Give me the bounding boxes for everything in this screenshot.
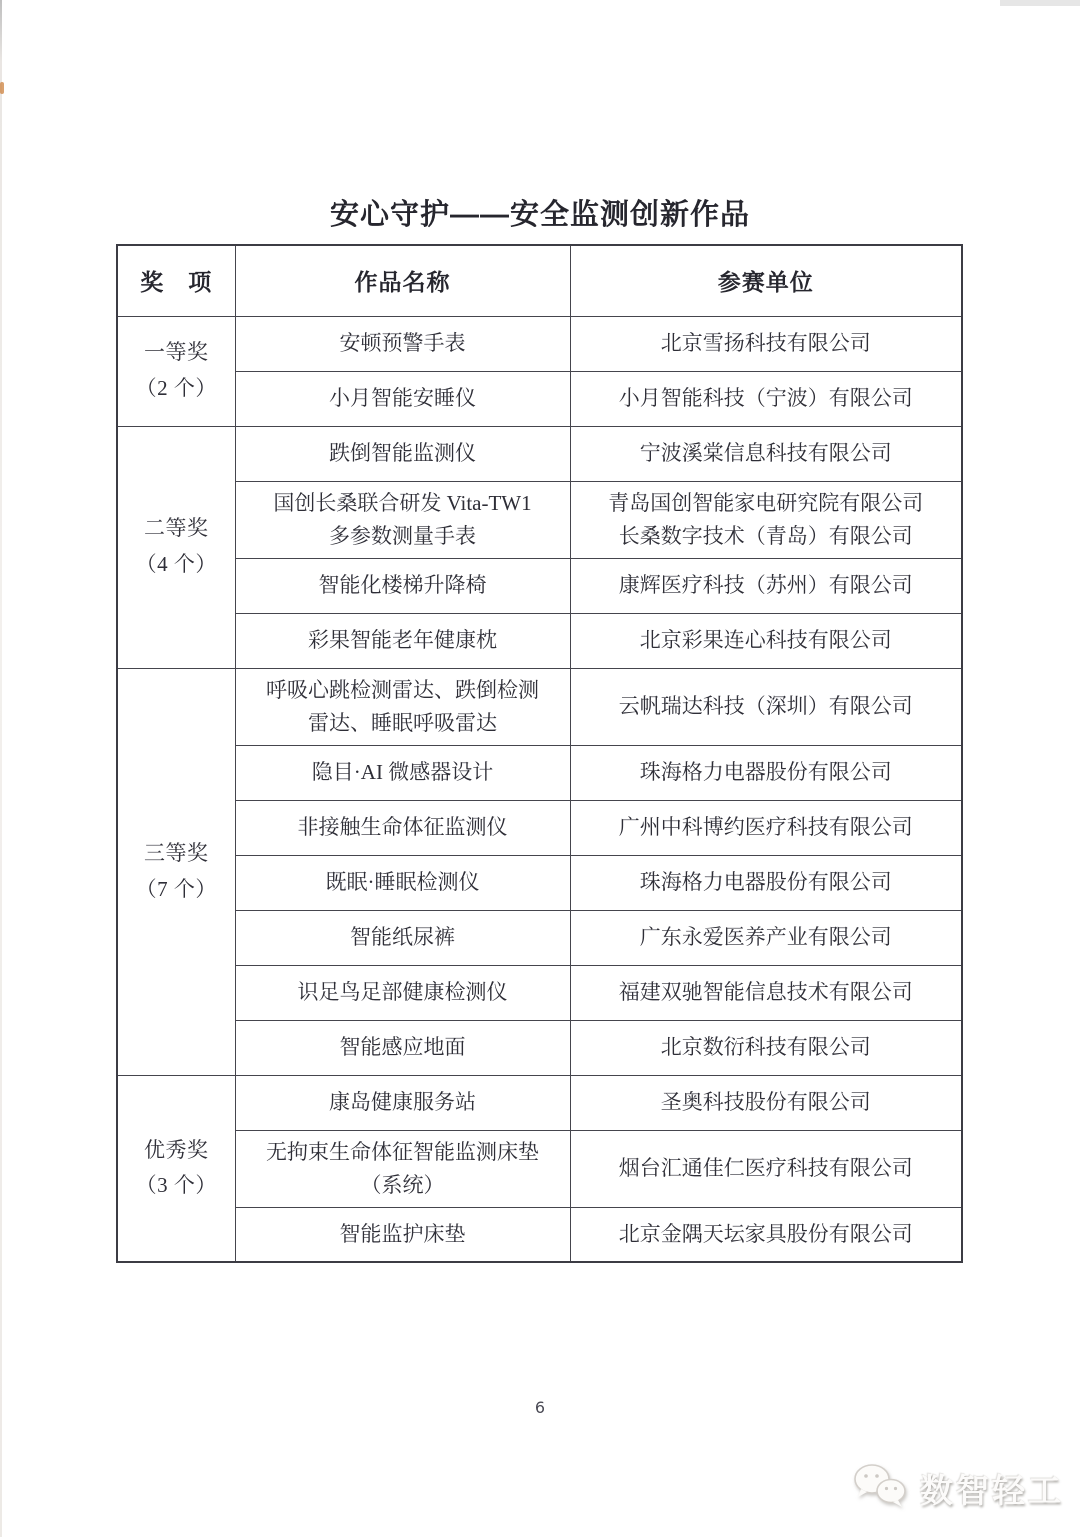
unit-cell: 青岛国创智能家电研究院有限公司 长桑数字技术（青岛）有限公司 bbox=[570, 481, 962, 558]
table-row: 既眠·睡眠检测仪珠海格力电器股份有限公司 bbox=[117, 855, 962, 910]
table-row: 识足鸟足部健康检测仪福建双驰智能信息技术有限公司 bbox=[117, 965, 962, 1020]
wechat-icon bbox=[852, 1462, 910, 1515]
unit-cell: 烟台汇通佳仁医疗科技有限公司 bbox=[570, 1130, 962, 1207]
unit-cell: 宁波溪棠信息科技有限公司 bbox=[570, 426, 962, 481]
work-cell: 智能监护床垫 bbox=[235, 1207, 570, 1262]
page-title: 安心守护——安全监测创新作品 bbox=[0, 192, 1080, 233]
work-cell: 非接触生命体征监测仪 bbox=[235, 800, 570, 855]
table-row: 隐目·AI 微感器设计珠海格力电器股份有限公司 bbox=[117, 745, 962, 800]
award-table-body: 一等奖 （2 个）安顿预警手表北京雪扬科技有限公司小月智能安睡仪小月智能科技（宁… bbox=[117, 316, 962, 1262]
work-cell: 识足鸟足部健康检测仪 bbox=[235, 965, 570, 1020]
table-row: 国创长桑联合研发 Vita-TW1 多参数测量手表青岛国创智能家电研究院有限公司… bbox=[117, 481, 962, 558]
header-row: 奖 项 作品名称 参赛单位 bbox=[117, 245, 962, 316]
page-number: 6 bbox=[0, 1398, 1080, 1417]
unit-cell: 北京数衍科技有限公司 bbox=[570, 1020, 962, 1075]
award-cell: 二等奖 （4 个） bbox=[117, 426, 235, 668]
unit-cell: 广东永爱医养产业有限公司 bbox=[570, 910, 962, 965]
table-row: 智能感应地面北京数衍科技有限公司 bbox=[117, 1020, 962, 1075]
unit-cell: 小月智能科技（宁波）有限公司 bbox=[570, 371, 962, 426]
unit-cell: 北京雪扬科技有限公司 bbox=[570, 316, 962, 371]
table-row: 二等奖 （4 个）跌倒智能监测仪宁波溪棠信息科技有限公司 bbox=[117, 426, 962, 481]
table-row: 三等奖 （7 个）呼吸心跳检测雷达、跌倒检测 雷达、睡眠呼吸雷达云帆瑞达科技（深… bbox=[117, 668, 962, 745]
table-row: 智能监护床垫北京金隅天坛家具股份有限公司 bbox=[117, 1207, 962, 1262]
work-cell: 智能纸尿裤 bbox=[235, 910, 570, 965]
table-row: 优秀奖 （3 个）康岛健康服务站圣奥科技股份有限公司 bbox=[117, 1075, 962, 1130]
award-cell: 三等奖 （7 个） bbox=[117, 668, 235, 1075]
work-cell: 呼吸心跳检测雷达、跌倒检测 雷达、睡眠呼吸雷达 bbox=[235, 668, 570, 745]
unit-cell: 珠海格力电器股份有限公司 bbox=[570, 745, 962, 800]
header-unit: 参赛单位 bbox=[570, 245, 962, 316]
award-table: 奖 项 作品名称 参赛单位 一等奖 （2 个）安顿预警手表北京雪扬科技有限公司小… bbox=[116, 244, 963, 1263]
header-work: 作品名称 bbox=[235, 245, 570, 316]
work-cell: 隐目·AI 微感器设计 bbox=[235, 745, 570, 800]
work-cell: 智能感应地面 bbox=[235, 1020, 570, 1075]
work-cell: 国创长桑联合研发 Vita-TW1 多参数测量手表 bbox=[235, 481, 570, 558]
unit-cell: 圣奥科技股份有限公司 bbox=[570, 1075, 962, 1130]
work-cell: 智能化楼梯升降椅 bbox=[235, 558, 570, 613]
award-cell: 优秀奖 （3 个） bbox=[117, 1075, 235, 1262]
table-row: 小月智能安睡仪小月智能科技（宁波）有限公司 bbox=[117, 371, 962, 426]
table-row: 彩果智能老年健康枕北京彩果连心科技有限公司 bbox=[117, 613, 962, 668]
table-row: 无拘束生命体征智能监测床垫 （系统）烟台汇通佳仁医疗科技有限公司 bbox=[117, 1130, 962, 1207]
work-cell: 无拘束生命体征智能监测床垫 （系统） bbox=[235, 1130, 570, 1207]
unit-cell: 珠海格力电器股份有限公司 bbox=[570, 855, 962, 910]
table-row: 一等奖 （2 个）安顿预警手表北京雪扬科技有限公司 bbox=[117, 316, 962, 371]
header-award: 奖 项 bbox=[117, 245, 235, 316]
table-row: 非接触生命体征监测仪广州中科博约医疗科技有限公司 bbox=[117, 800, 962, 855]
unit-cell: 云帆瑞达科技（深圳）有限公司 bbox=[570, 668, 962, 745]
work-cell: 既眠·睡眠检测仪 bbox=[235, 855, 570, 910]
unit-cell: 北京彩果连心科技有限公司 bbox=[570, 613, 962, 668]
work-cell: 彩果智能老年健康枕 bbox=[235, 613, 570, 668]
unit-cell: 广州中科博约医疗科技有限公司 bbox=[570, 800, 962, 855]
scanned-document-page: 安心守护——安全监测创新作品 奖 项 作品名称 参赛单位 一等奖 （2 个）安顿… bbox=[0, 0, 1080, 1537]
scan-top-right-artifact bbox=[1000, 0, 1080, 6]
award-table-header: 奖 项 作品名称 参赛单位 bbox=[117, 245, 962, 316]
work-cell: 小月智能安睡仪 bbox=[235, 371, 570, 426]
watermark-label: 数智轻工 bbox=[920, 1465, 1064, 1512]
table-row: 智能纸尿裤广东永爱医养产业有限公司 bbox=[117, 910, 962, 965]
unit-cell: 北京金隅天坛家具股份有限公司 bbox=[570, 1207, 962, 1262]
table-row: 智能化楼梯升降椅康辉医疗科技（苏州）有限公司 bbox=[117, 558, 962, 613]
work-cell: 安顿预警手表 bbox=[235, 316, 570, 371]
work-cell: 跌倒智能监测仪 bbox=[235, 426, 570, 481]
unit-cell: 康辉医疗科技（苏州）有限公司 bbox=[570, 558, 962, 613]
work-cell: 康岛健康服务站 bbox=[235, 1075, 570, 1130]
watermark: 数智轻工 bbox=[852, 1462, 1064, 1515]
award-cell: 一等奖 （2 个） bbox=[117, 316, 235, 426]
scan-speck-artifact bbox=[0, 82, 4, 94]
unit-cell: 福建双驰智能信息技术有限公司 bbox=[570, 965, 962, 1020]
